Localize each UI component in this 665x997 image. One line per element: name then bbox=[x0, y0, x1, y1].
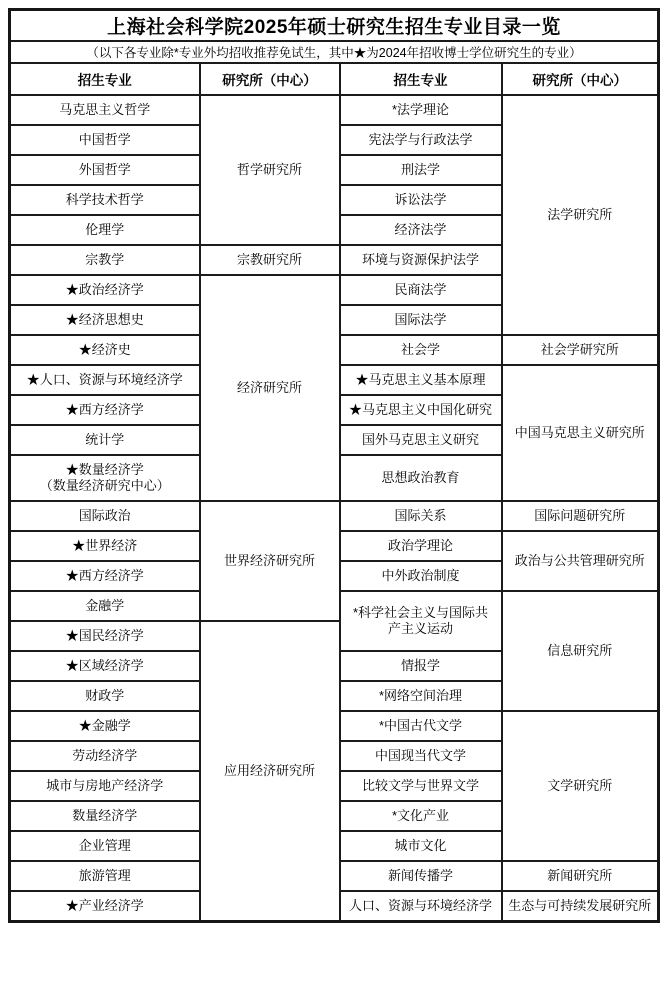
major-cell: 国际法学 bbox=[340, 305, 502, 335]
major-line-1: ★数量经济学 bbox=[13, 462, 197, 478]
major-cell: ★数量经济学 （数量经济研究中心） bbox=[10, 455, 200, 501]
column-header-major-left: 招生专业 bbox=[10, 63, 200, 95]
major-cell: 中国现当代文学 bbox=[340, 741, 502, 771]
institute-cell: 哲学研究所 bbox=[200, 95, 340, 245]
major-cell: ★经济思想史 bbox=[10, 305, 200, 335]
major-cell: 科学技术哲学 bbox=[10, 185, 200, 215]
major-cell: ★金融学 bbox=[10, 711, 200, 741]
major-cell: ★西方经济学 bbox=[10, 561, 200, 591]
institute-cell: 生态与可持续发展研究所 bbox=[502, 891, 659, 921]
major-cell: 统计学 bbox=[10, 425, 200, 455]
page-title: 上海社会科学院2025年硕士研究生招生专业目录一览 bbox=[10, 10, 659, 42]
major-cell: 国际政治 bbox=[10, 501, 200, 531]
major-cell: ★人口、资源与环境经济学 bbox=[10, 365, 200, 395]
major-cell: 马克思主义哲学 bbox=[10, 95, 200, 125]
major-cell: ★区域经济学 bbox=[10, 651, 200, 681]
subtitle-note: （以下各专业除*专业外均招收推荐免试生，其中★为2024年招收博士学位研究生的专… bbox=[10, 41, 659, 63]
major-line-1: *科学社会主义与国际共 bbox=[343, 605, 499, 621]
major-cell: *科学社会主义与国际共 产主义运动 bbox=[340, 591, 502, 651]
major-cell: 思想政治教育 bbox=[340, 455, 502, 501]
major-cell: 城市文化 bbox=[340, 831, 502, 861]
major-cell: *文化产业 bbox=[340, 801, 502, 831]
major-cell: *网络空间治理 bbox=[340, 681, 502, 711]
major-cell: ★国民经济学 bbox=[10, 621, 200, 651]
institute-cell: 政治与公共管理研究所 bbox=[502, 531, 659, 591]
major-cell: ★世界经济 bbox=[10, 531, 200, 561]
major-cell: ★经济史 bbox=[10, 335, 200, 365]
major-cell: 劳动经济学 bbox=[10, 741, 200, 771]
major-cell: ★产业经济学 bbox=[10, 891, 200, 921]
major-cell: 国际关系 bbox=[340, 501, 502, 531]
major-cell: 社会学 bbox=[340, 335, 502, 365]
major-line-2: 产主义运动 bbox=[343, 621, 499, 637]
major-cell: *法学理论 bbox=[340, 95, 502, 125]
institute-cell: 国际问题研究所 bbox=[502, 501, 659, 531]
major-cell: 经济法学 bbox=[340, 215, 502, 245]
major-cell: ★西方经济学 bbox=[10, 395, 200, 425]
major-cell: ★政治经济学 bbox=[10, 275, 200, 305]
major-line-2: （数量经济研究中心） bbox=[13, 478, 197, 494]
column-header-institute-left: 研究所（中心） bbox=[200, 63, 340, 95]
major-cell: 旅游管理 bbox=[10, 861, 200, 891]
major-cell: 金融学 bbox=[10, 591, 200, 621]
institute-cell: 经济研究所 bbox=[200, 275, 340, 501]
institute-cell: 文学研究所 bbox=[502, 711, 659, 861]
major-cell: 宗教学 bbox=[10, 245, 200, 275]
institute-cell: 社会学研究所 bbox=[502, 335, 659, 365]
major-cell: ★马克思主义基本原理 bbox=[340, 365, 502, 395]
institute-cell: 新闻研究所 bbox=[502, 861, 659, 891]
institute-cell: 法学研究所 bbox=[502, 95, 659, 335]
major-cell: 诉讼法学 bbox=[340, 185, 502, 215]
document-page: 上海社会科学院2025年硕士研究生招生专业目录一览 （以下各专业除*专业外均招收… bbox=[0, 0, 665, 997]
major-cell: 中国哲学 bbox=[10, 125, 200, 155]
table-row: 马克思主义哲学 哲学研究所 *法学理论 法学研究所 bbox=[10, 95, 659, 125]
major-cell: 财政学 bbox=[10, 681, 200, 711]
major-cell: 数量经济学 bbox=[10, 801, 200, 831]
institute-cell: 宗教研究所 bbox=[200, 245, 340, 275]
institute-cell: 信息研究所 bbox=[502, 591, 659, 711]
major-cell: 国外马克思主义研究 bbox=[340, 425, 502, 455]
institute-cell: 中国马克思主义研究所 bbox=[502, 365, 659, 501]
admissions-catalog-table: 上海社会科学院2025年硕士研究生招生专业目录一览 （以下各专业除*专业外均招收… bbox=[8, 8, 660, 923]
major-cell: *中国古代文学 bbox=[340, 711, 502, 741]
major-cell: 比较文学与世界文学 bbox=[340, 771, 502, 801]
major-cell: 情报学 bbox=[340, 651, 502, 681]
institute-cell: 应用经济研究所 bbox=[200, 621, 340, 921]
major-cell: ★马克思主义中国化研究 bbox=[340, 395, 502, 425]
major-cell: 企业管理 bbox=[10, 831, 200, 861]
major-cell: 人口、资源与环境经济学 bbox=[340, 891, 502, 921]
major-cell: 伦理学 bbox=[10, 215, 200, 245]
major-cell: 环境与资源保护法学 bbox=[340, 245, 502, 275]
institute-cell: 世界经济研究所 bbox=[200, 501, 340, 621]
table-row: 国际政治 世界经济研究所 国际关系 国际问题研究所 bbox=[10, 501, 659, 531]
major-cell: 政治学理论 bbox=[340, 531, 502, 561]
major-cell: 民商法学 bbox=[340, 275, 502, 305]
major-cell: 宪法学与行政法学 bbox=[340, 125, 502, 155]
major-cell: 刑法学 bbox=[340, 155, 502, 185]
major-cell: 城市与房地产经济学 bbox=[10, 771, 200, 801]
major-cell: 中外政治制度 bbox=[340, 561, 502, 591]
major-cell: 新闻传播学 bbox=[340, 861, 502, 891]
column-header-major-right: 招生专业 bbox=[340, 63, 502, 95]
column-header-institute-right: 研究所（中心） bbox=[502, 63, 659, 95]
major-cell: 外国哲学 bbox=[10, 155, 200, 185]
